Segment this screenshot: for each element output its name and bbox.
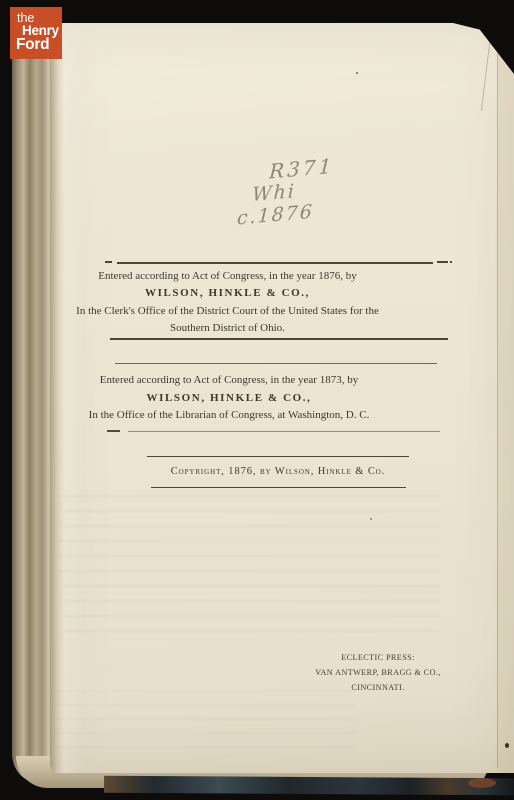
copyright-1873-publisher: WILSON, HINKLE & CO.,	[55, 390, 403, 408]
paper-speck	[370, 518, 372, 520]
copyright-1876-line1: Entered according to Act of Congress, in…	[55, 268, 400, 285]
paper-speck	[505, 743, 509, 748]
book-scan-scene: R371 Whi c.1876 Entered according to Act…	[0, 0, 514, 800]
rule-below-1873	[128, 431, 440, 432]
rule-top-trail-dash	[437, 261, 448, 263]
rule-above-notice	[147, 456, 409, 457]
copyright-1876-line3: In the Clerk's Office of the District Co…	[55, 303, 400, 320]
printer-city: CINCINNATI.	[278, 681, 478, 696]
text-showthrough-upper	[60, 495, 440, 645]
copyright-notice: Copyright, 1876, by Wilson, Hinkle & Co.	[138, 465, 418, 479]
rule-above-1873-block	[115, 363, 437, 364]
right-page-edge-band	[498, 23, 514, 773]
copyright-1873-line3: In the Office of the Librarian of Congre…	[55, 407, 403, 425]
henry-ford-logo-ford: Ford	[16, 36, 49, 53]
rule-below-1873-dash	[107, 430, 120, 432]
pencil-annotation: R371 Whi c.1876	[236, 152, 359, 229]
printer-company: VAN ANTWERP, BRAGG & CO.,	[278, 666, 478, 681]
rule-top	[117, 262, 433, 264]
copyright-1876-line4: Southern District of Ohio.	[55, 320, 400, 337]
rule-below-notice	[151, 487, 406, 488]
copyright-1876-publisher: WILSON, HINKLE & CO.,	[55, 285, 400, 302]
right-page-edge-line	[497, 53, 498, 768]
rule-top-end-dot	[450, 261, 452, 263]
cover-rust-spot	[468, 778, 496, 788]
printer-press-name: ECLECTIC PRESS:	[278, 651, 478, 666]
copyright-block-1873: Entered according to Act of Congress, in…	[55, 372, 403, 425]
text-showthrough-lower	[55, 690, 355, 760]
rule-top-lead-dash	[105, 261, 112, 263]
rule-below-1876-block	[110, 338, 448, 340]
copyright-block-1876: Entered according to Act of Congress, in…	[55, 268, 400, 337]
henry-ford-logo: the Henry Ford	[10, 7, 62, 59]
printer-imprint: ECLECTIC PRESS: VAN ANTWERP, BRAGG & CO.…	[278, 651, 478, 695]
paper-speck	[356, 72, 358, 74]
book-cover-bottom-edge	[104, 776, 514, 796]
copyright-1873-line1: Entered according to Act of Congress, in…	[55, 372, 403, 390]
